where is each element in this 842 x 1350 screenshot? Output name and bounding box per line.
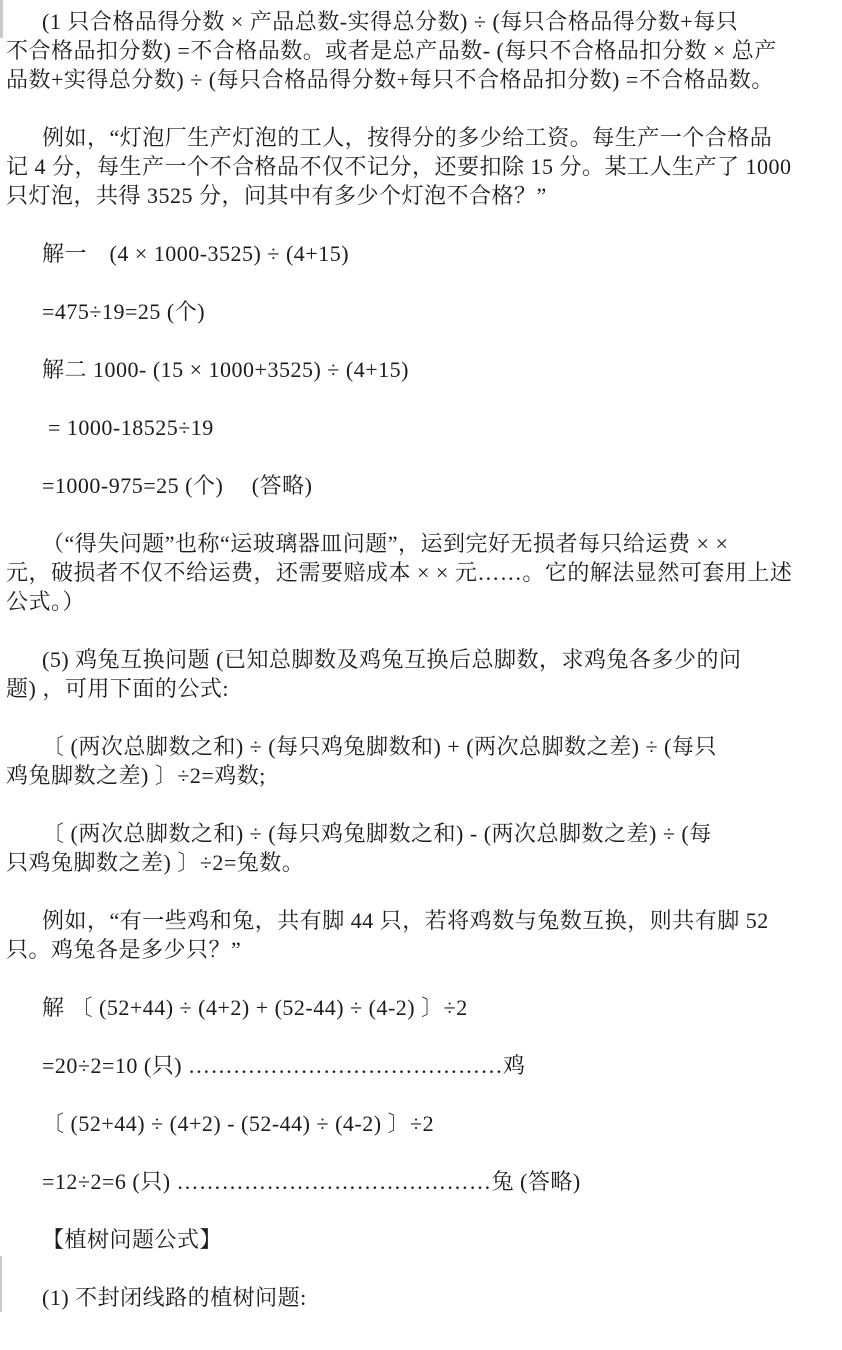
paragraph: =1000-975=25 (个) (答略)	[6, 471, 838, 500]
text-line: (1) 不封闭线路的植树问题:	[6, 1283, 838, 1312]
text-line: 只鸡兔脚数之差) 〕÷2=兔数。	[6, 848, 838, 877]
text-line: 解二 1000- (15 × 1000+3525) ÷ (4+15)	[6, 355, 838, 384]
paragraph: 解一 (4 × 1000-3525) ÷ (4+15)	[6, 239, 838, 268]
text-line: 例如，“灯泡厂生产灯泡的工人，按得分的多少给工资。每生产一个合格品	[6, 123, 838, 152]
scan-artifact	[0, 0, 3, 38]
paragraph: 解二 1000- (15 × 1000+3525) ÷ (4+15)	[6, 355, 838, 384]
paragraph: =20÷2=10 (只) ……………………………………鸡	[6, 1051, 838, 1080]
scan-artifact	[0, 1256, 2, 1312]
text-line: 题) ，可用下面的公式:	[6, 674, 838, 703]
text-line: =12÷2=6 (只) ……………………………………兔 (答略)	[6, 1167, 838, 1196]
paragraph: =475÷19=25 (个)	[6, 297, 838, 326]
paragraph: = 1000-18525÷19	[6, 413, 838, 442]
text-line: 记 4 分，每生产一个不合格品不仅不记分，还要扣除 15 分。某工人生产了 10…	[6, 152, 838, 181]
text-line: 〔 (52+44) ÷ (4+2) - (52-44) ÷ (4-2) 〕÷2	[6, 1109, 838, 1138]
text-line: =475÷19=25 (个)	[6, 297, 838, 326]
text-line: 不合格品扣分数) =不合格品数。或者是总产品数- (每只不合格品扣分数 × 总产	[6, 36, 838, 65]
text-line: 元，破损者不仅不给运费，还需要赔成本 × × 元……。它的解法显然可套用上述	[6, 558, 838, 587]
paragraph: 例如，“有一些鸡和兔，共有脚 44 只，若将鸡数与兔数互换，则共有脚 52只。鸡…	[6, 906, 838, 964]
text-line: 〔 (两次总脚数之和) ÷ (每只鸡兔脚数和) + (两次总脚数之差) ÷ (每…	[6, 732, 838, 761]
text-line: 例如，“有一些鸡和兔，共有脚 44 只，若将鸡数与兔数互换，则共有脚 52	[6, 906, 838, 935]
paragraph: =12÷2=6 (只) ……………………………………兔 (答略)	[6, 1167, 838, 1196]
text-line: 只。鸡兔各是多少只？”	[6, 935, 838, 964]
paragraph: 〔 (52+44) ÷ (4+2) - (52-44) ÷ (4-2) 〕÷2	[6, 1109, 838, 1138]
text-line: 公式。）	[6, 587, 838, 616]
paragraph: 解 〔 (52+44) ÷ (4+2) + (52-44) ÷ (4-2) 〕÷…	[6, 993, 838, 1022]
text-line: =20÷2=10 (只) ……………………………………鸡	[6, 1051, 838, 1080]
text-line: = 1000-18525÷19	[6, 413, 838, 442]
paragraph: 〔 (两次总脚数之和) ÷ (每只鸡兔脚数和) + (两次总脚数之差) ÷ (每…	[6, 732, 838, 790]
text-line: (1 只合格品得分数 × 产品总数-实得总分数) ÷ (每只合格品得分数+每只	[6, 7, 838, 36]
document-page: (1 只合格品得分数 × 产品总数-实得总分数) ÷ (每只合格品得分数+每只不…	[0, 0, 842, 1350]
paragraph: (1 只合格品得分数 × 产品总数-实得总分数) ÷ (每只合格品得分数+每只不…	[6, 7, 838, 94]
text-line: （“得失问题”也称“运玻璃器皿问题”，运到完好无损者每只给运费 × ×	[6, 529, 838, 558]
paragraph: 〔 (两次总脚数之和) ÷ (每只鸡兔脚数之和) - (两次总脚数之差) ÷ (…	[6, 819, 838, 877]
text-line: 只灯泡，共得 3525 分，问其中有多少个灯泡不合格？”	[6, 181, 838, 210]
text-line: 【植树问题公式】	[6, 1225, 838, 1254]
document-body: (1 只合格品得分数 × 产品总数-实得总分数) ÷ (每只合格品得分数+每只不…	[6, 7, 838, 1312]
text-line: 〔 (两次总脚数之和) ÷ (每只鸡兔脚数之和) - (两次总脚数之差) ÷ (…	[6, 819, 838, 848]
paragraph: 【植树问题公式】	[6, 1225, 838, 1254]
text-line: (5) 鸡兔互换问题 (已知总脚数及鸡兔互换后总脚数，求鸡兔各多少的问	[6, 645, 838, 674]
text-line: =1000-975=25 (个) (答略)	[6, 471, 838, 500]
text-line: 鸡兔脚数之差) 〕÷2=鸡数;	[6, 761, 838, 790]
text-line: 解一 (4 × 1000-3525) ÷ (4+15)	[6, 239, 838, 268]
paragraph: (5) 鸡兔互换问题 (已知总脚数及鸡兔互换后总脚数，求鸡兔各多少的问题) ，可…	[6, 645, 838, 703]
paragraph: 例如，“灯泡厂生产灯泡的工人，按得分的多少给工资。每生产一个合格品记 4 分，每…	[6, 123, 838, 210]
paragraph: （“得失问题”也称“运玻璃器皿问题”，运到完好无损者每只给运费 × ×元，破损者…	[6, 529, 838, 616]
paragraph: (1) 不封闭线路的植树问题:	[6, 1283, 838, 1312]
text-line: 品数+实得总分数) ÷ (每只合格品得分数+每只不合格品扣分数) =不合格品数。	[6, 65, 838, 94]
text-line: 解 〔 (52+44) ÷ (4+2) + (52-44) ÷ (4-2) 〕÷…	[6, 993, 838, 1022]
